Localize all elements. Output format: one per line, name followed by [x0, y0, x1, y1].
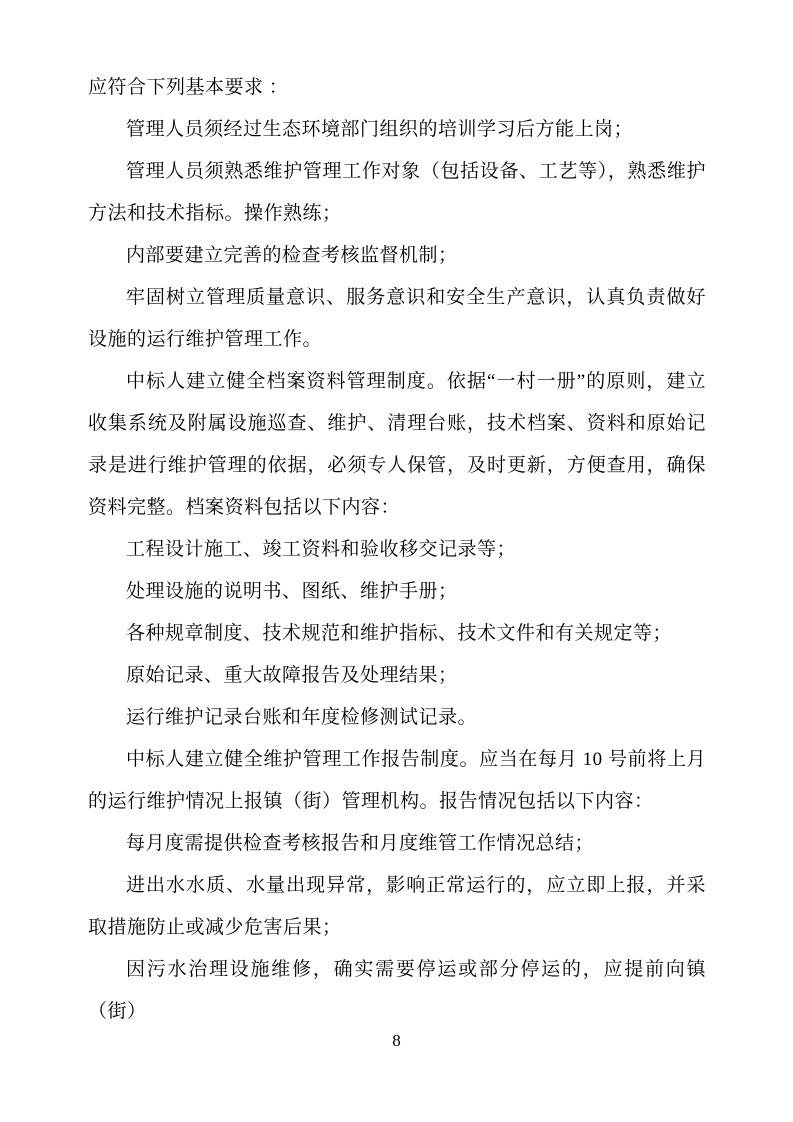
paragraph: 工程设计施工、竣工资料和验收移交记录等； — [88, 529, 706, 571]
paragraph: 处理设施的说明书、图纸、维护手册； — [88, 571, 706, 613]
paragraph: 应符合下列基本要求 ： — [88, 67, 706, 109]
document-page: 应符合下列基本要求 ： 管理人员须经过生态环境部门组织的培训学习后方能上岗； 管… — [0, 0, 793, 1122]
paragraph: 各种规章制度、技术规范和维护指标、技术文件和有关规定等； — [88, 613, 706, 655]
page-number: 8 — [0, 1026, 793, 1056]
paragraph: 牢固树立管理质量意识、服务意识和安全生产意识，认真负责做好设施的运行维护管理工作… — [88, 277, 706, 361]
paragraph: 管理人员须经过生态环境部门组织的培训学习后方能上岗； — [88, 109, 706, 151]
paragraph: 中标人建立健全档案资料管理制度。依据“一村一册”的原则，建立收集系统及附属设施巡… — [88, 361, 706, 529]
paragraph: 内部要建立完善的检查考核监督机制； — [88, 235, 706, 277]
paragraph: 每月度需提供检查考核报告和月度维管工作情况总结； — [88, 823, 706, 865]
document-body-text: 应符合下列基本要求 ： 管理人员须经过生态环境部门组织的培训学习后方能上岗； 管… — [88, 67, 706, 1033]
paragraph: 原始记录、重大故障报告及处理结果； — [88, 655, 706, 697]
paragraph: 管理人员须熟悉维护管理工作对象（包括设备、工艺等），熟悉维护方法和技术指标。操作… — [88, 151, 706, 235]
paragraph: 进出水水质、水量出现异常，影响正常运行的，应立即上报，并采取措施防止或减少危害后… — [88, 865, 706, 949]
paragraph: 运行维护记录台账和年度检修测试记录。 — [88, 697, 706, 739]
paragraph: 因污水治理设施维修，确实需要停运或部分停运的，应提前向镇（街） — [88, 949, 706, 1033]
paragraph: 中标人建立健全维护管理工作报告制度。应当在每月 10 号前将上月的运行维护情况上… — [88, 739, 706, 823]
